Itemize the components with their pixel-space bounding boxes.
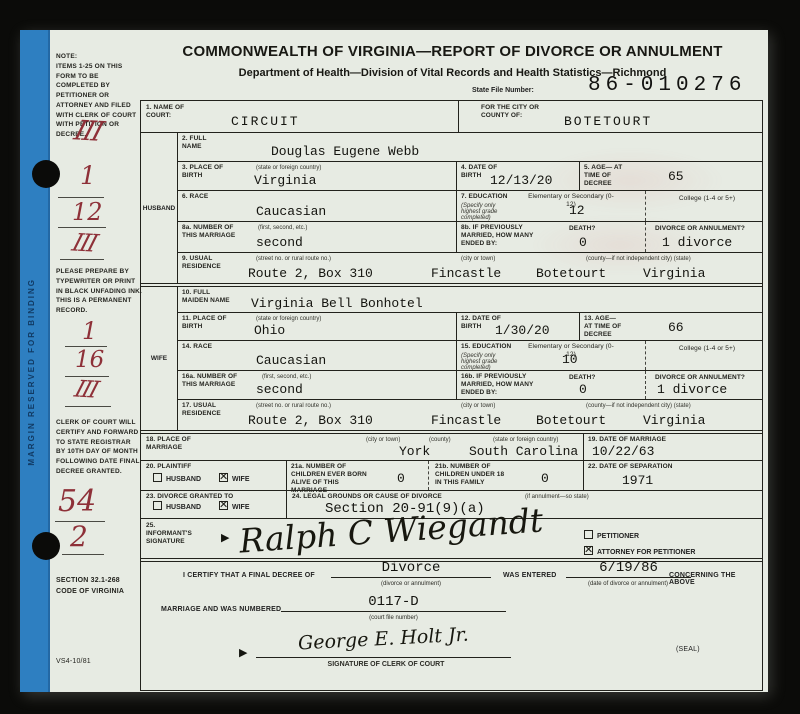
husband-prev-marriage-label: 8b. IF PREVIOUSLY MARRIED, HOW MANY ENDE… [461,224,556,248]
husband-death-value: 0 [579,235,587,250]
wife-divorce-value: 1 divorce [657,382,727,397]
husband-side-label: HUSBAND [141,133,178,283]
court-county-value: BOTETOURT [564,114,652,129]
decree-type-hint: (divorce or annulment) [331,581,491,587]
husband-birthplace-value: Virginia [254,173,316,188]
wife-birthplace-value: Ohio [254,323,285,338]
wife-race-value: Caucasian [256,353,326,368]
certify-line2: MARRIAGE AND WAS NUMBERED [161,606,281,613]
husband-birthplace-hint: (state or foreign country) [256,165,321,171]
red-tally-3: III [72,378,100,402]
wife-marriage-number-value: second [256,382,303,397]
wife-education-label: 15. EDUCATION [461,343,511,351]
children-under18-value: 0 [541,471,549,486]
signature-arrow-icon: ▶ [221,531,229,544]
wife-residence-street: Route 2, Box 310 [248,413,373,428]
husband-edu-college-label: College (1-4 or 5+) [657,195,757,203]
husband-name-value: Douglas Eugene Webb [271,144,419,159]
husband-residence-county-hint: (county—if not independent city) (state) [586,256,691,262]
wife-side-label: WIFE [141,287,178,430]
scanned-form-page: MARGIN RESERVED FOR BINDING NOTE: ITEMS … [20,30,768,692]
checkbox-unchecked [584,530,593,539]
husband-age-value: 65 [668,169,684,184]
red-rule [60,259,104,260]
clerk-signature-arrow-icon: ▶ [239,646,247,659]
grounds-hint: (if annulment—so state) [525,494,589,500]
wife-residence-street-hint: (street no. or rural route no.) [256,403,331,409]
marriage-date-value: 10/22/63 [592,444,654,459]
clerk-signature: George E. Holt Jr. [298,624,470,655]
form-code: VS4-10/81 [56,657,142,668]
husband-marriage-number-value: second [256,235,303,250]
row-informant-signature: 25. INFORMANT'S SIGNATURE ▶ Ralph C Wieg… [141,518,762,558]
wife-marriage-number-label: 16a. NUMBER OF THIS MARRIAGE [182,373,244,389]
wife-edu-elem-value: 10 [562,352,578,367]
wife-race-label: 14. RACE [182,343,212,351]
marriage-county-hint: (county) [429,437,451,443]
husband-name-label: 2. FULL NAME [182,135,224,151]
wife-death-value: 0 [579,382,587,397]
plaintiff-husband-checkbox: HUSBAND [153,468,201,486]
dashed-divider [645,341,646,370]
husband-section: HUSBAND 2. FULL NAME Douglas Eugene Webb… [141,132,762,283]
wife-residence-state: Virginia [643,413,705,428]
husband-residence-street: Route 2, Box 310 [248,266,373,281]
red-mark-54: 54 [58,487,96,517]
red-mark-1: 1 [80,163,96,188]
husband-marriage-number-hint: (first, second, etc.) [258,225,307,231]
wife-residence-city: Fincastle [431,413,501,428]
plaintiff-wife-checkbox: WIFE [219,468,250,486]
husband-education-hint: (Specify only highest grade completed) [461,203,516,221]
court-file-number-hint: (court file number) [281,615,506,621]
wife-name-label: 10. FULL MAIDEN NAME [182,289,237,305]
row-place-of-marriage: 18. PLACE OF MARRIAGE (city or town) (co… [141,434,762,460]
wife-residence-label: 17. USUAL RESIDENCE [182,402,222,418]
dashed-divider [645,191,646,221]
clerk-signature-field: George E. Holt Jr. [256,628,511,658]
husband-death-label: DEATH? [569,225,595,233]
dashed-divider [645,222,646,252]
wife-marriage-number-hint: (first, second, etc.) [262,374,311,380]
margin-code-section: SECTION 32.1-268 CODE OF VIRGINIA [56,576,142,597]
wife-death-label: DEATH? [569,374,595,382]
certification-block: I CERTIFY THAT A FINAL DECREE OF Divorce… [141,562,762,690]
clerk-signature-caption: SIGNATURE OF CLERK OF COURT [281,661,491,668]
form-grid: 1. NAME OF COURT: CIRCUIT FOR THE CITY O… [140,100,763,691]
state-file-number-label: State File Number: [472,87,534,94]
seal-label: (SEAL) [676,646,700,653]
punch-hole-bottom [32,532,60,560]
certify-line1a: I CERTIFY THAT A FINAL DECREE OF [183,572,315,579]
red-mark-12: 12 [72,200,103,224]
wife-residence-county-hint: (county—if not independent city) (state) [586,403,691,409]
wife-name-value: Virginia Bell Bonhotel [251,296,423,311]
wife-edu-college-label: College (1-4 or 5+) [657,345,757,353]
marriage-state-hint: (state or foreign country) [493,437,558,443]
husband-residence-state: Virginia [643,266,705,281]
marriage-place-label: 18. PLACE OF MARRIAGE [146,436,196,452]
court-file-number-field: 0117-D [281,592,506,612]
husband-marriage-number-label: 8a. NUMBER OF THIS MARRIAGE [182,224,240,240]
margin-prepare-note: PLEASE PREPARE BY TYPEWRITER OR PRINT IN… [56,267,142,316]
husband-residence-label: 9. USUAL RESIDENCE [182,255,222,271]
punch-hole-top [32,160,60,188]
red-mark-16: 16 [75,349,104,372]
husband-race-label: 6. RACE [182,193,208,201]
certify-line1b: WAS ENTERED [503,572,557,579]
row-court: 1. NAME OF COURT: CIRCUIT FOR THE CITY O… [141,101,762,132]
state-file-number-value: 86-010276 [588,74,746,97]
checkbox-checked [219,473,228,482]
court-name-value: CIRCUIT [231,114,300,129]
wife-divorce-label: DIVORCE OR ANNULMENT? [655,374,745,382]
marriage-date-label: 19. DATE OF MARRIAGE [588,436,666,444]
wife-residence-county: Botetourt [536,413,606,428]
husband-residence-street-hint: (street no. or rural route no.) [256,256,331,262]
husband-residence-city-hint: (city or town) [461,256,495,262]
red-mark-2b: 2 [70,523,88,551]
separation-date-label: 22. DATE OF SEPARATION [588,463,673,471]
binding-strip: MARGIN RESERVED FOR BINDING [20,30,50,692]
granted-wife-checkbox: WIFE [219,496,250,514]
husband-birthplace-label: 3. PLACE OF BIRTH [182,164,227,180]
husband-residence-city: Fincastle [431,266,501,281]
husband-divorce-label: DIVORCE OR ANNULMENT? [655,225,745,233]
wife-section: WIFE 10. FULL MAIDEN NAME Virginia Bell … [141,287,762,430]
certify-line1c: CONCERNING THE ABOVE [669,572,762,586]
husband-divorce-value: 1 divorce [662,235,732,250]
husband-education-label: 7. EDUCATION [461,193,508,201]
scanned-photo-background: { "header": { "title": "COMMONWEALTH OF … [0,0,800,714]
wife-prev-marriage-label: 16b. IF PREVIOUSLY MARRIED, HOW MANY END… [461,373,556,397]
binding-margin-label: MARGIN RESERVED FOR BINDING [27,278,36,466]
checkbox-checked [584,546,593,555]
court-name-label: 1. NAME OF COURT: [146,104,198,120]
wife-age-value: 66 [668,320,684,335]
wife-residence-city-hint: (city or town) [461,403,495,409]
red-tally-2: III [70,230,99,255]
margin-clerk-note: CLERK OF COURT WILL CERTIFY AND FORWARD … [56,418,142,477]
children-under18-label: 21b. NUMBER OF CHILDREN UNDER 18 IN THIS… [435,463,510,487]
checkbox-unchecked [153,501,162,510]
granted-husband-checkbox: HUSBAND [153,496,201,514]
husband-residence-county: Botetourt [536,266,606,281]
wife-age-label: 13. AGE— AT TIME OF DECREE [584,315,626,339]
husband-race-value: Caucasian [256,204,326,219]
checkbox-unchecked [153,473,162,482]
marriage-city-hint: (city or town) [366,437,400,443]
wife-dob-value: 1/30/20 [495,323,550,338]
attorney-checkbox: ATTORNEY FOR PETITIONER [584,541,695,559]
grounds-label: 24. LEGAL GROUNDS OR CAUSE OF DIVORCE [292,493,442,501]
checkbox-checked [219,501,228,510]
court-county-label: FOR THE CITY OR COUNTY OF: [481,104,546,120]
red-rule [65,406,111,407]
informant-label: 25. INFORMANT'S SIGNATURE [146,522,201,546]
separation-date-value: 1971 [622,473,653,488]
dashed-divider [645,371,646,399]
marriage-city-value: York [399,444,430,459]
red-mark-2: 1 [82,319,97,343]
children-born-value: 0 [397,471,405,486]
form-title: COMMONWEALTH OF VIRGINIA—REPORT OF DIVOR… [140,43,765,60]
wife-birthplace-label: 11. PLACE OF BIRTH [182,315,227,331]
husband-dob-value: 12/13/20 [490,173,552,188]
wife-birthplace-hint: (state or foreign country) [256,316,321,322]
husband-age-label: 5. AGE— AT TIME OF DECREE [584,164,626,188]
marriage-state-value: South Carolina [469,444,578,459]
wife-education-hint: (Specify only highest grade completed) [461,353,516,371]
red-rule [62,554,104,555]
row-plaintiff-children: 20. PLAINTIFF HUSBAND WIFE 21a. NUMBER O… [141,460,762,490]
husband-edu-elem-value: 12 [569,203,585,218]
decree-type-field: Divorce [331,558,491,578]
